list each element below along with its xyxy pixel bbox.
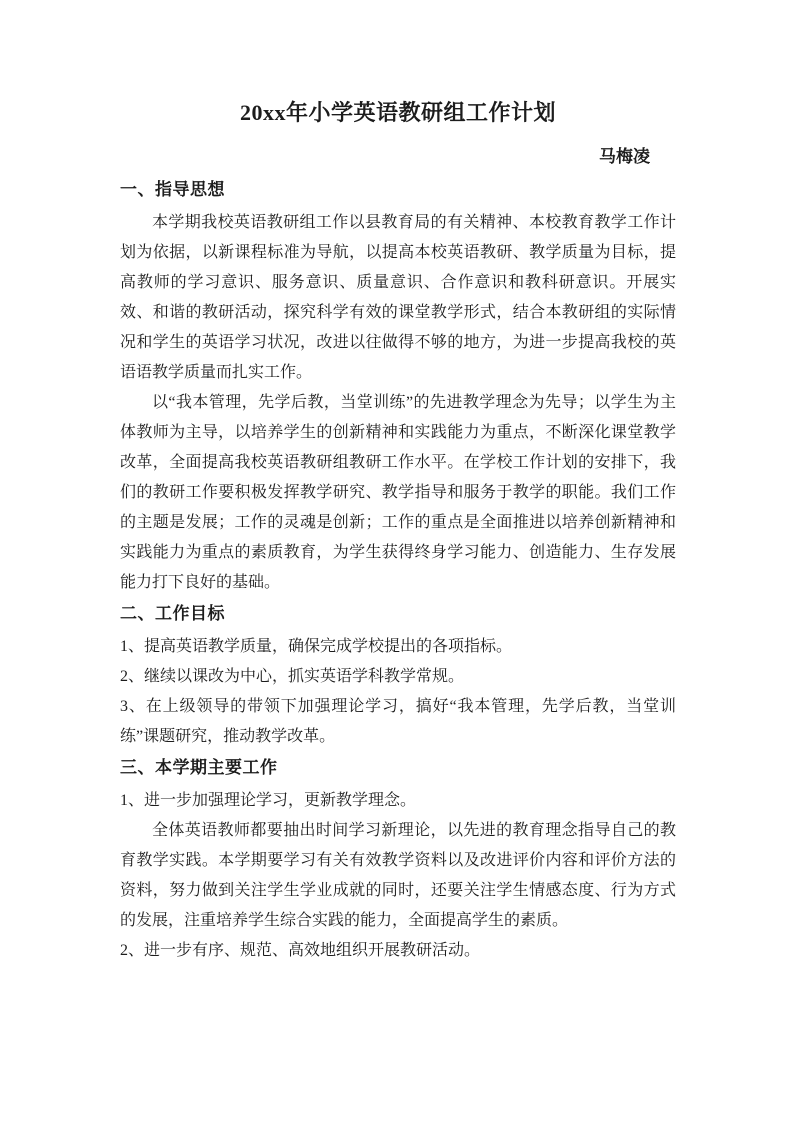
list-item: 2、继续以课改为中心，抓实英语学科教学常规。 [120,662,676,692]
list-item: 1、提高英语教学质量，确保完成学校提出的各项指标。 [120,632,676,662]
list-item: 2、进一步有序、规范、高效地组织开展教研活动。 [120,936,676,966]
section-heading-guiding-ideology: 一、指导思想 [120,176,676,204]
paragraph: 本学期我校英语教研组工作以县教育局的有关精神、本校教育教学工作计划为依据，以新课… [120,208,676,388]
list-item: 3、在上级领导的带领下加强理论学习，搞好“我本管理，先学后教，当堂训练”课题研究… [120,692,676,752]
section-heading-work-goals: 二、工作目标 [120,600,676,628]
list-item: 1、进一步加强理论学习，更新教学理念。 [120,786,676,816]
document-title: 20xx年小学英语教研组工作计划 [120,98,676,128]
paragraph: 以“我本管理，先学后教，当堂训练”的先进教学理念为先导；以学生为主体教师为主导，… [120,388,676,598]
author-name: 马梅凌 [120,144,676,170]
document-page: 20xx年小学英语教研组工作计划 马梅凌 一、指导思想 本学期我校英语教研组工作… [0,0,793,1122]
paragraph: 全体英语教师都要抽出时间学习新理论，以先进的教育理念指导自己的教育教学实践。本学… [120,816,676,936]
section-heading-main-work: 三、本学期主要工作 [120,754,676,782]
